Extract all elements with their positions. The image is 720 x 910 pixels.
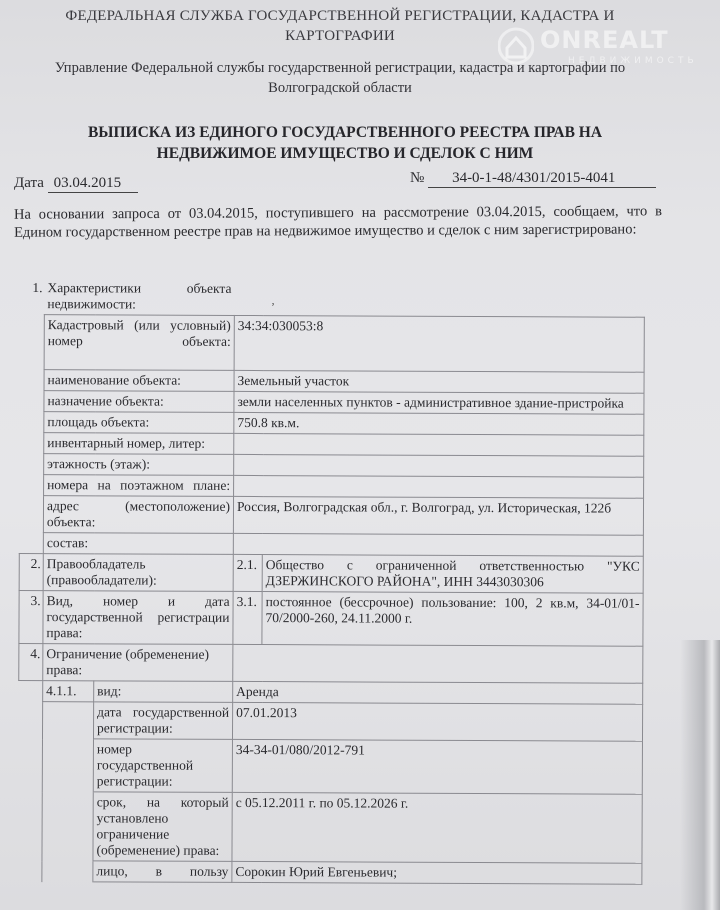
row-label: Кадастровый (или условный) номер объекта…: [44, 315, 234, 371]
table-row: инвентарный номер, литер:: [20, 433, 644, 457]
section-label: Правообладатель (правообладатели):: [43, 554, 233, 592]
row-label: номера на поэтажном плане:: [44, 475, 234, 497]
intro-paragraph: На основании запроса от 03.04.2015, пост…: [14, 202, 662, 241]
table-row: номер государственной регистрации: 34-34…: [18, 738, 642, 794]
row-value: 34-34-01/080/2012-791: [232, 739, 642, 794]
row-value: Земельный участок: [234, 370, 644, 393]
table-row: Кадастровый (или условный) номер объекта…: [20, 315, 644, 373]
table-row: адрес (местоположение) объекта: Россия, …: [19, 496, 643, 536]
department-line-1: Управление Федеральной службы государств…: [0, 58, 680, 78]
date-field: Дата 03.04.2015: [14, 175, 138, 193]
document-number-field: № 34-0-1-48/4301/2015-4041: [410, 170, 656, 188]
date-label: Дата: [14, 175, 44, 191]
row-value: [234, 475, 644, 498]
section-label: Характеристики объекта недвижимости:: [44, 278, 234, 315]
section-label: Вид, номер и дата государственной регист…: [43, 591, 233, 645]
section-label: Ограничение (обременение) права:: [43, 644, 233, 682]
section-2-row: 2. Правообладатель (правообладатели): 2.…: [19, 553, 643, 593]
section-number: 1.: [20, 278, 44, 315]
row-value: 07.01.2013: [232, 702, 642, 741]
row-value: 750.8 кв.м.: [234, 412, 644, 435]
row-value: Сорокин Юрий Евгеньевич;: [232, 861, 642, 884]
title-line-1: ВЫПИСКА ИЗ ЕДИНОГО ГОСУДАРСТВЕННОГО РЕЕС…: [30, 122, 660, 143]
row-value: [234, 454, 644, 477]
agency-line-1: ФЕДЕРАЛЬНАЯ СЛУЖБА ГОСУДАРСТВЕННОЙ РЕГИС…: [20, 6, 660, 26]
row-label: вид:: [94, 681, 233, 703]
section-1-header: 1. Характеристики объекта недвижимости:: [20, 278, 644, 317]
row-value: [234, 433, 644, 456]
row-label: наименование объекта:: [44, 370, 234, 392]
row-value: земли населенных пунктов - административ…: [234, 391, 644, 414]
table-row: наименование объекта: Земельный участок: [20, 370, 644, 394]
row-label: срок, на который установлено ограничение…: [93, 792, 232, 862]
row-label: лицо, в пользу: [93, 861, 232, 883]
document-page: ФЕДЕРАЛЬНАЯ СЛУЖБА ГОСУДАРСТВЕННОЙ РЕГИС…: [0, 0, 720, 910]
row-label: этажность (этаж):: [44, 454, 234, 476]
table-row: назначение объекта: земли населенных пун…: [20, 391, 644, 415]
table-row: дата государственной регистрации: 07.01.…: [18, 701, 642, 741]
row-value: 34:34:030053:8: [234, 315, 644, 372]
table-row: 4.1.1. вид: Аренда: [19, 680, 643, 704]
row-label: инвентарный номер, литер:: [44, 433, 234, 455]
table-row: срок, на который установлено ограничение…: [18, 791, 642, 863]
table-row: площадь объекта: 750.8 кв.м.: [20, 412, 644, 436]
sub-number: 3.1.: [233, 591, 262, 644]
extract-table: 1. Характеристики объекта недвижимости: …: [17, 278, 645, 885]
page-edge-shadow: [680, 640, 720, 910]
sub-number: 4.1.1.: [43, 681, 94, 702]
document-title: ВЫПИСКА ИЗ ЕДИНОГО ГОСУДАРСТВЕННОГО РЕЕС…: [30, 122, 660, 164]
row-label: адрес (местоположение) объекта:: [43, 496, 233, 534]
section-value: Общество с ограниченной ответственностью…: [262, 555, 643, 594]
watermark-brand: ONREALT: [540, 26, 669, 54]
table-row: этажность (этаж):: [20, 454, 644, 478]
row-label: состав:: [43, 533, 233, 555]
section-number: 3.: [19, 590, 43, 643]
table-row: состав:: [19, 532, 643, 556]
title-line-2: НЕДВИЖИМОЕ ИМУЩЕСТВО И СДЕЛОК С НИМ: [30, 143, 660, 164]
row-value: Аренда: [233, 681, 643, 704]
section-number: 4.: [19, 643, 43, 680]
table-row: лицо, в пользу Сорокин Юрий Евгеньевич;: [18, 860, 642, 884]
number-label: №: [410, 170, 424, 186]
section-number: 2.: [19, 553, 43, 590]
section-3-row: 3. Вид, номер и дата государственной рег…: [19, 590, 643, 646]
row-label: назначение объекта:: [44, 391, 234, 413]
row-value: [233, 533, 643, 556]
date-value: 03.04.2015: [48, 175, 138, 193]
number-value: 34-0-1-48/4301/2015-4041: [428, 170, 656, 188]
department-line-2: Волгоградской области: [0, 78, 680, 98]
row-label: дата государственной регистрации:: [93, 702, 232, 740]
sub-number: 2.1.: [233, 554, 262, 591]
row-value: Россия, Волгоградская обл., г. Волгоград…: [233, 496, 643, 535]
row-value: с 05.12.2011 г. по 05.12.2026 г.: [232, 792, 642, 863]
row-label: площадь объекта:: [44, 412, 234, 434]
section-4-header: 4. Ограничение (обременение) права:: [19, 643, 643, 683]
row-label: номер государственной регистрации:: [93, 739, 232, 793]
section-value: постоянное (бессрочное) пользование: 100…: [262, 592, 643, 647]
table-row: номера на поэтажном плане:: [20, 475, 644, 499]
department-name: Управление Федеральной службы государств…: [0, 58, 680, 98]
